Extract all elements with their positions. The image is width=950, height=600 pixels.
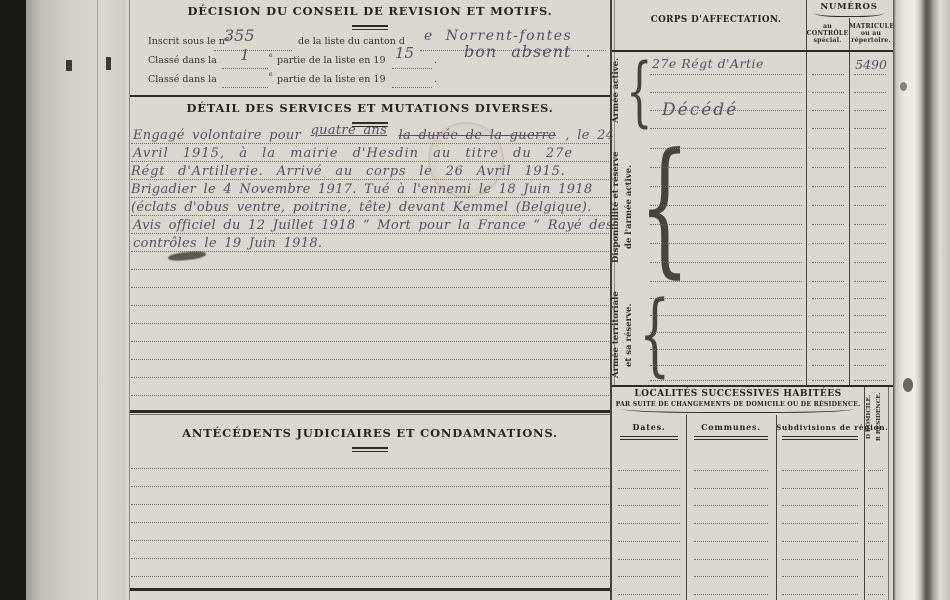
localites-col-divider	[686, 415, 687, 600]
dotted-rule	[812, 243, 844, 244]
dotted-rule	[131, 341, 609, 342]
dotted-rule	[812, 167, 844, 168]
military-register-card-scan: DÉCISION DU CONSEIL DE REVISION ET MOTIF…	[0, 0, 950, 600]
dotted-rule	[618, 594, 680, 595]
blank-rule	[214, 50, 292, 51]
numeros-mid-divider	[849, 18, 850, 385]
entry-inserted-text: quatre ans	[311, 123, 388, 138]
dotted-rule	[650, 167, 802, 168]
dotted-rule	[854, 281, 886, 282]
bottom-divider	[130, 588, 610, 591]
dotted-rule	[650, 224, 802, 225]
dotted-rule	[131, 179, 609, 180]
dotted-rule	[650, 349, 802, 350]
dotted-rule	[812, 365, 844, 366]
col-header-communes: Communes.	[686, 422, 776, 432]
dotted-rule	[694, 594, 768, 595]
numeros-header: NUMÉROS	[806, 2, 892, 12]
dotted-rule	[812, 349, 844, 350]
dotted-rule	[812, 110, 844, 111]
numeros-swash-rule	[814, 13, 884, 17]
dotted-rule	[618, 523, 680, 524]
antecedents-title: ANTÉCÉDENTS JUDICIAIRES ET CONDAMNATIONS…	[130, 426, 610, 440]
subheader-line: spécial.	[806, 37, 849, 44]
dotted-rule	[694, 523, 768, 524]
dotted-rule	[868, 523, 883, 524]
dotted-rule	[812, 224, 844, 225]
dotted-rule	[812, 205, 844, 206]
dotted-rule	[650, 186, 802, 187]
service-entry-line: Avis officiel du 12 Juillet 1918 “ Mort …	[133, 218, 613, 233]
dotted-rule	[854, 298, 886, 299]
dotted-rule	[650, 205, 802, 206]
crease-mark	[106, 57, 111, 70]
dotted-rule	[131, 269, 609, 270]
inscrit-label: Inscrit sous le n°	[148, 36, 230, 47]
blank-rule	[392, 87, 432, 88]
dotted-rule	[868, 470, 883, 471]
dotted-rule	[868, 488, 883, 489]
dotted-rule	[854, 262, 886, 263]
dotted-rule	[131, 522, 609, 523]
dotted-rule	[650, 243, 802, 244]
dotted-rule	[854, 205, 886, 206]
crease-line	[97, 0, 98, 600]
dotted-rule	[131, 233, 609, 234]
corps-entry-handwritten: 27e Régt d'Artie	[652, 56, 764, 71]
service-entry-line: Brigadier le 4 Novembre 1917. Tué à l'en…	[131, 182, 592, 197]
classe1-label: Classé dans la	[148, 55, 217, 66]
localites-top-divider	[612, 385, 893, 387]
col-header-subdivisions: Subdivisions de région.	[776, 423, 864, 432]
dotted-rule	[854, 110, 886, 111]
dotted-rule	[131, 197, 609, 198]
dotted-rule	[650, 92, 802, 93]
territoriale-label-line2: et sa réserve.	[624, 288, 637, 382]
inscrit-number-handwritten: 355	[224, 26, 255, 45]
territoriale-label-line1: Armée territoriale	[611, 288, 624, 382]
dotted-rule	[782, 505, 858, 506]
dotted-rule	[131, 576, 609, 577]
classe1-part-handwritten: 1	[240, 46, 250, 64]
dotted-rule	[854, 74, 886, 75]
service-entry-line: (éclats d'obus ventre, poitrine, tête) d…	[131, 200, 592, 215]
dotted-rule	[782, 594, 858, 595]
dotted-rule	[650, 128, 802, 129]
dotted-rule	[131, 504, 609, 505]
dotted-rule	[650, 262, 802, 263]
dotted-rule	[131, 558, 609, 559]
armee-active-label: Armée active.	[611, 52, 625, 130]
dotted-rule	[782, 576, 858, 577]
ordinal-sup: e	[269, 52, 273, 59]
header-divider	[612, 50, 893, 52]
decision-title: DÉCISION DU CONSEIL DE REVISION ET MOTIF…	[130, 4, 610, 18]
dotted-rule	[131, 395, 609, 396]
controle-subheader: au CONTRÔLE spécial.	[806, 23, 849, 45]
col-header-rule	[782, 436, 858, 440]
dotted-rule	[812, 92, 844, 93]
edge-smudge	[903, 378, 913, 392]
dotted-rule	[782, 541, 858, 542]
dotted-rule	[694, 505, 768, 506]
dotted-rule	[812, 332, 844, 333]
section-brace: {	[639, 133, 690, 281]
dotted-rule	[131, 486, 609, 487]
faint-postmark-stamp	[428, 122, 504, 198]
dotted-rule	[650, 110, 802, 111]
dotted-rule	[618, 488, 680, 489]
dotted-rule	[812, 281, 844, 282]
gutter-black-edge	[0, 0, 26, 600]
dotted-rule	[854, 243, 886, 244]
col-header-rule	[620, 436, 678, 440]
dotted-rule	[131, 468, 609, 469]
dotted-rule	[131, 215, 609, 216]
dotted-rule	[650, 148, 802, 149]
dotted-rule	[694, 541, 768, 542]
dotted-rule	[854, 167, 886, 168]
title-rule	[352, 447, 388, 452]
dotted-rule	[812, 74, 844, 75]
localites-title: LOCALITÉS SUCCESSIVES HABITÉES	[612, 389, 864, 399]
dotted-rule	[854, 349, 886, 350]
dotted-rule	[131, 359, 609, 360]
dotted-rule	[131, 287, 609, 288]
section-divider	[130, 410, 610, 413]
dotted-rule	[618, 541, 680, 542]
dotted-rule	[812, 186, 844, 187]
service-entry-line: contrôles le 19 Juin 1918.	[133, 236, 322, 251]
matricule-subheader: MATRICULE ou au répertoire.	[849, 23, 893, 45]
dotted-rule	[618, 470, 680, 471]
period: .	[434, 74, 437, 85]
classe2-mid-label: partie de la liste en 19	[277, 74, 386, 85]
dotted-rule	[650, 380, 802, 381]
dotted-rule	[854, 186, 886, 187]
subheader-line: MATRICULE	[849, 23, 893, 30]
page-crease	[26, 0, 126, 600]
subheader-line: ou au	[849, 30, 893, 37]
dotted-rule	[650, 315, 802, 316]
page-left-rule	[129, 0, 130, 600]
dotted-rule	[854, 315, 886, 316]
service-entry-line: Engagé volontaire pour quatre ans la dur…	[133, 128, 614, 143]
localites-right-border	[888, 387, 889, 600]
period: .	[434, 55, 437, 66]
section-brace: {	[626, 52, 653, 130]
dotted-rule	[868, 576, 883, 577]
dotted-rule	[131, 251, 609, 252]
bon-absent-handwritten: bon absent .	[464, 42, 592, 61]
dotted-rule	[131, 161, 609, 162]
edge-smudge	[900, 82, 907, 91]
disponibilite-label-line1: Disponibilité et réserve	[611, 132, 624, 282]
dotted-rule	[131, 305, 609, 306]
numeros-left-divider	[806, 0, 807, 385]
dotted-rule	[694, 470, 768, 471]
dotted-rule	[868, 505, 883, 506]
localites-subtitle: PAR SUITE DE CHANGEMENTS DE DOMICILE OU …	[612, 401, 864, 408]
services-title: DÉTAIL DES SERVICES ET MUTATIONS DIVERSE…	[130, 101, 610, 115]
blank-rule	[222, 68, 268, 69]
dotted-rule	[854, 332, 886, 333]
dotted-rule	[650, 365, 802, 366]
dotted-rule	[854, 365, 886, 366]
domicile-vertical-label: D DOMICILE.	[866, 390, 876, 444]
dotted-rule	[131, 143, 609, 144]
dotted-rule	[131, 540, 609, 541]
classe2-label: Classé dans la	[148, 74, 217, 85]
dotted-rule	[868, 541, 883, 542]
canton-label: de la liste du canton d	[298, 36, 405, 47]
section-divider-thin	[130, 414, 610, 415]
dotted-rule	[650, 332, 802, 333]
ordinal-sup: e	[269, 71, 273, 78]
dotted-rule	[650, 281, 802, 282]
blank-rule	[222, 87, 268, 88]
dotted-rule	[694, 576, 768, 577]
entry-text: , le 24	[565, 128, 614, 143]
classe1-year-handwritten: 15	[395, 44, 414, 62]
classe1-mid-label: partie de la liste en 19	[277, 55, 386, 66]
dotted-rule	[782, 559, 858, 560]
dotted-rule	[694, 488, 768, 489]
dotted-rule	[854, 380, 886, 381]
dotted-rule	[618, 559, 680, 560]
section-brace: {	[639, 289, 670, 381]
crease-mark	[66, 60, 72, 71]
dotted-rule	[650, 298, 802, 299]
dotted-rule	[782, 488, 858, 489]
dotted-rule	[812, 128, 844, 129]
dotted-rule	[650, 74, 802, 75]
col-header-dates: Dates.	[612, 422, 686, 432]
dotted-rule	[812, 298, 844, 299]
dotted-rule	[868, 559, 883, 560]
dotted-rule	[854, 92, 886, 93]
subheader-line: CONTRÔLE	[806, 30, 849, 37]
dotted-rule	[854, 148, 886, 149]
residence-vertical-label: R RÉSIDENCE.	[876, 390, 886, 444]
localites-col-divider	[864, 387, 865, 600]
entry-text: Engagé volontaire pour	[133, 128, 301, 143]
subheader-line: répertoire.	[849, 37, 893, 44]
dotted-rule	[854, 224, 886, 225]
dotted-rule	[812, 148, 844, 149]
dotted-rule	[694, 559, 768, 560]
corps-affectation-header: CORPS D'AFFECTATION.	[628, 15, 804, 25]
title-rule	[352, 25, 388, 30]
dotted-rule	[812, 380, 844, 381]
col-header-rule	[694, 436, 768, 440]
blank-rule	[392, 68, 432, 69]
dotted-rule	[131, 377, 609, 378]
localites-col-divider	[776, 415, 777, 600]
dotted-rule	[782, 523, 858, 524]
dotted-rule	[618, 576, 680, 577]
disponibilite-label-line2: de l'armée active.	[624, 132, 637, 282]
dotted-rule	[868, 594, 883, 595]
dotted-rule	[131, 323, 609, 324]
localites-swash-rule	[622, 409, 854, 413]
section-divider	[130, 95, 610, 97]
dotted-rule	[812, 262, 844, 263]
dotted-rule	[782, 470, 858, 471]
matricule-entry-handwritten: 5490	[851, 57, 891, 72]
dotted-rule	[618, 505, 680, 506]
service-entry-line: Avril 1915, à la mairie d'Hesdin au titr…	[133, 146, 573, 161]
dotted-rule	[854, 128, 886, 129]
dotted-rule	[812, 315, 844, 316]
